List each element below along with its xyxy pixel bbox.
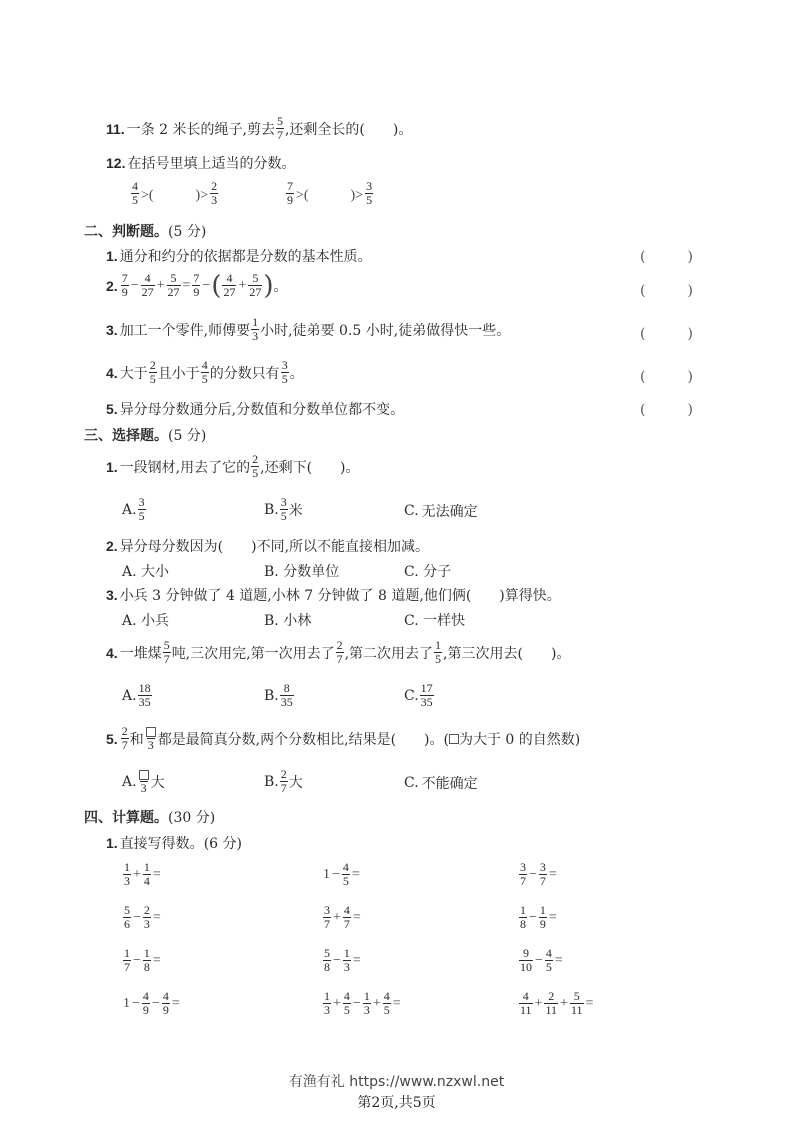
answer-blank-text[interactable]: ,还剩全长的( )。 [285, 119, 412, 139]
choice-question-1: 1. 一段钢材,用去了它的 25 ,还剩下( )。 [106, 453, 360, 480]
judgement-item-1: 1. 通分和约分的依据都是分数的基本性质。 [106, 246, 372, 266]
choice-1-option-a[interactable]: A. 35 [122, 496, 147, 523]
calc-expression[interactable]: 1−45= [322, 861, 361, 888]
fraction: 37 [519, 861, 527, 888]
choice-5-option-c[interactable]: C.不能确定 [404, 773, 478, 793]
fraction: 211 [544, 990, 558, 1017]
answer-box-3[interactable]: ( ) [640, 323, 693, 343]
answer-box-1[interactable]: ( ) [640, 246, 693, 266]
question-11: 11. 一条 2 米长的绳子,剪去 57 ,还剩全长的( )。 [106, 115, 412, 142]
calc-expression[interactable]: 37+47= [322, 904, 362, 931]
fraction: 79 [286, 180, 294, 207]
choice-question-2: 2. 异分母分数因为( )不同,所以不能直接相加减。 [106, 536, 429, 556]
section-title-judgement: 二、判断题。 (5 分) [84, 221, 206, 241]
operator: + [333, 996, 341, 1012]
fraction: 13 [363, 990, 371, 1017]
fraction: 23 [143, 904, 151, 931]
fraction: 13 [323, 990, 331, 1017]
page-number: 第2页,共5页 [0, 1092, 793, 1112]
operator: = [153, 910, 161, 926]
judgement-item-2: 2. 79 − 427 + 527 = 79 − ( 427 + 527 ) 。 [106, 272, 288, 299]
answer-box-5[interactable]: ( ) [640, 399, 693, 419]
calc-expression[interactable]: 58−13= [322, 947, 362, 974]
calc-expression[interactable]: 56−23= [122, 904, 162, 931]
operator: = [393, 996, 401, 1012]
fraction: 19 [539, 904, 547, 931]
calc-expression[interactable]: 17−18= [122, 947, 162, 974]
question-text: 在括号里填上适当的分数。 [127, 153, 295, 173]
inequality-blank[interactable]: >( )> [296, 184, 363, 204]
inequality-2[interactable]: 79 >( )> 35 [285, 180, 374, 207]
calc-expression[interactable]: 13+14= [122, 861, 162, 888]
operator: = [555, 953, 563, 969]
fraction: 35 [365, 180, 373, 207]
operator: − [333, 953, 341, 969]
fraction: 910 [519, 947, 533, 974]
choice-1-option-c[interactable]: C.无法确定 [404, 501, 478, 521]
choice-question-3: 3. 小兵 3 分钟做了 4 道题,小林 7 分钟做了 8 道题,他们俩( )算… [106, 585, 561, 605]
operator: = [153, 953, 161, 969]
fraction: 47 [343, 904, 351, 931]
answer-box-2[interactable]: ( ) [640, 280, 693, 300]
blank-box-icon [146, 727, 156, 737]
watermark: 有渔有礼 https://www.nzxwl.net [0, 1071, 793, 1091]
fraction: 14 [143, 861, 151, 888]
fraction: 45 [545, 947, 553, 974]
inequality-blank[interactable]: >( )> [141, 184, 208, 204]
operator: = [549, 867, 557, 883]
fraction: 49 [142, 990, 150, 1017]
inequality-1[interactable]: 45 >( )> 23 [130, 180, 219, 207]
fraction: 18 [143, 947, 151, 974]
fraction: 13 [343, 947, 351, 974]
choice-3-option-b[interactable]: B. 小林 [264, 610, 311, 630]
operator: − [133, 953, 141, 969]
fraction: 45 [131, 180, 139, 207]
choice-2-option-b[interactable]: B. 分数单位 [264, 561, 339, 581]
calc-expression[interactable]: 37−37= [518, 861, 558, 888]
question-number: 12. [106, 155, 125, 171]
fraction: 13 [123, 861, 131, 888]
operator: + [560, 996, 568, 1012]
fraction: 17 [123, 947, 131, 974]
choice-5-option-a[interactable]: A. 3 大 [122, 768, 165, 795]
choice-4-option-a[interactable]: A. 1835 [122, 682, 153, 709]
judgement-item-3: 3. 加工一个零件,师傅要 13 小时,徒弟要 0.5 小时,徒弟做得快一些。 [106, 316, 510, 343]
judgement-item-5: 5. 异分母分数通分后,分数值和分数单位都不变。 [106, 399, 404, 419]
operator: = [172, 996, 180, 1012]
choice-2-option-a[interactable]: A. 大小 [122, 561, 169, 581]
calc-expression[interactable]: 910−45= [518, 947, 564, 974]
operator: = [353, 953, 361, 969]
calc-expression[interactable]: 1−49−49= [122, 990, 181, 1017]
answer-box-4[interactable]: ( ) [640, 366, 693, 386]
operator: = [352, 867, 360, 883]
fraction: 45 [343, 990, 351, 1017]
operator: + [373, 996, 381, 1012]
choice-4-option-c[interactable]: C. 1735 [404, 682, 435, 709]
fraction: 511 [570, 990, 584, 1017]
calc-expression[interactable]: 13+45−13+45= [322, 990, 402, 1017]
question-number: 11. [106, 121, 125, 137]
choice-5-option-b[interactable]: B. 27 大 [264, 768, 303, 795]
fraction: 37 [323, 904, 331, 931]
choice-question-4: 4. 一堆煤 57 吨,三次用完,第一次用去了 27 ,第二次用去了 15 ,第… [106, 639, 570, 666]
fraction: 23 [210, 180, 218, 207]
operator: = [549, 910, 557, 926]
choice-question-5: 5. 27 和 3 都是最简真分数,两个分数相比,结果是( )。( 为大于 0 … [106, 725, 580, 752]
operator: − [132, 996, 140, 1012]
fraction: 57 [276, 115, 284, 142]
fraction: 18 [519, 904, 527, 931]
fraction: 37 [539, 861, 547, 888]
calc-expression[interactable]: 18−19= [518, 904, 558, 931]
operator: − [529, 910, 537, 926]
calc-question-1: 1. 直接写得数。 (6 分) [106, 833, 242, 853]
judgement-item-4: 4. 大于 25 且小于 45 的分数只有 35 。 [106, 359, 304, 386]
operator: − [353, 996, 361, 1012]
question-text: 一条 2 米长的绳子,剪去 [127, 119, 275, 139]
whole-number: 1 [123, 996, 130, 1012]
choice-1-option-b[interactable]: B. 35 米 [264, 496, 303, 523]
fraction: 56 [123, 904, 131, 931]
operator: + [333, 910, 341, 926]
fraction: 58 [323, 947, 331, 974]
fraction: 45 [342, 861, 350, 888]
operator: − [332, 867, 340, 883]
operator: = [586, 996, 594, 1012]
operator: + [535, 996, 543, 1012]
section-title-calculation: 四、计算题。 (30 分) [84, 807, 215, 827]
operator: = [153, 867, 161, 883]
section-title-choice: 三、选择题。 (5 分) [84, 425, 206, 445]
fraction: 49 [162, 990, 170, 1017]
calc-expression[interactable]: 411+211+511= [518, 990, 594, 1017]
choice-4-option-b[interactable]: B. 835 [264, 682, 295, 709]
operator: − [529, 867, 537, 883]
operator: = [353, 910, 361, 926]
operator: − [535, 953, 543, 969]
choice-2-option-c[interactable]: C. 分子 [404, 561, 451, 581]
fraction: 411 [519, 990, 533, 1017]
operator: + [133, 867, 141, 883]
choice-3-option-a[interactable]: A. 小兵 [122, 610, 169, 630]
blank-box-icon [139, 770, 149, 780]
question-12: 12. 在括号里填上适当的分数。 [106, 153, 295, 173]
whole-number: 1 [323, 867, 330, 883]
operator: − [133, 910, 141, 926]
blank-box-icon [449, 734, 459, 744]
operator: − [152, 996, 160, 1012]
fraction: 45 [383, 990, 391, 1017]
choice-3-option-c[interactable]: C. 一样快 [404, 610, 465, 630]
